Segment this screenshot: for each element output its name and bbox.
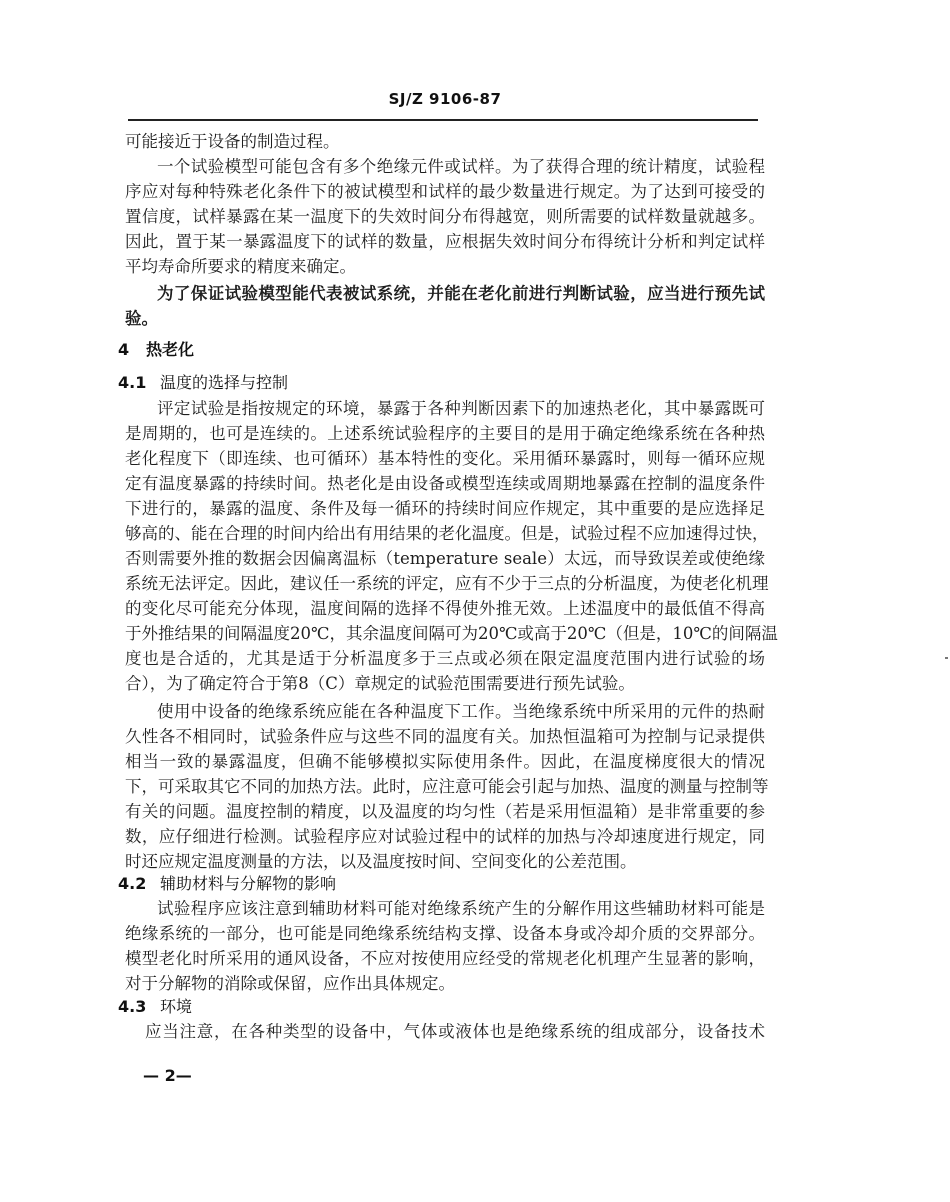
- section-number: 4.1: [118, 373, 160, 393]
- text-line: 可能接近于设备的制造过程。: [125, 132, 765, 152]
- text-line: 是周期的，也可是连续的。上述系统试验程序的主要目的是用于确定绝缘系统在各种热: [125, 424, 765, 444]
- text-line: 绝缘系统的一部分，也可能是同绝缘系统结构支撑、设备本身或冷却介质的交界部分。: [125, 924, 765, 944]
- text-line: 序应对每种特殊老化条件下的被试模型和试样的最少数量进行规定。为了达到可接受的: [125, 182, 765, 202]
- text-line: 平均寿命所要求的精度来确定。: [125, 257, 765, 277]
- text-line: 验。: [125, 309, 765, 329]
- text-line: 否则需要外推的数据会因偏离温标（temperature seale）太远，而导致…: [125, 549, 765, 569]
- text-line: 置信度，试样暴露在某一温度下的失效时间分布得越宽，则所需要的试样数量就越多。: [125, 207, 765, 227]
- text-line: 因此，置于某一暴露温度下的试样的数量，应根据失效时间分布得统计分析和判定试样: [125, 232, 765, 252]
- text-line: 对于分解物的消除或保留，应作出具体规定。: [125, 974, 765, 994]
- text-line: 为了保证试验模型能代表被试系统，并能在老化前进行判断试验，应当进行预先试: [157, 284, 765, 304]
- text-line: 相当一致的暴露温度，但确不能够模拟实际使用条件。因此，在温度梯度很大的情况: [125, 752, 765, 772]
- section-number: 4.2: [118, 874, 160, 894]
- text-line: 下，可采取其它不同的加热方法。此时，应注意可能会引起与加热、温度的测量与控制等: [125, 777, 765, 797]
- text-line: 一个试验模型可能包含有多个绝缘元件或试样。为了获得合理的统计精度，试验程: [157, 157, 765, 177]
- text-line: 定有温度暴露的持续时间。热老化是由设备或模型连续或周期地暴露在控制的温度条件: [125, 474, 765, 494]
- text-line: 数，应仔细进行检测。试验程序应对试验过程中的试样的加热与冷却速度进行规定，同: [125, 827, 765, 847]
- text-line: 久性各不相同时，试验条件应与这些不同的温度有关。加热恒温箱可为控制与记录提供: [125, 727, 765, 747]
- section-heading-4-2: 4.2辅助材料与分解物的影响: [118, 874, 336, 894]
- text-line: 模型老化时所采用的通风设备，不应对按使用应经受的常规老化机理产生显著的影响，: [125, 949, 765, 969]
- text-line: 系统无法评定。因此，建议任一系统的评定，应有不少于三点的分析温度，为使老化机理: [125, 574, 765, 594]
- section-number: 4: [118, 340, 146, 360]
- section-title: 环境: [160, 997, 192, 1016]
- section-title: 温度的选择与控制: [160, 373, 288, 392]
- text-line: 使用中设备的绝缘系统应能在各种温度下工作。当绝缘系统中所采用的元件的热耐: [157, 702, 765, 722]
- scan-speck: [945, 657, 948, 659]
- section-number: 4.3: [118, 997, 160, 1017]
- text-line: 应当注意，在各种类型的设备中，气体或液体也是绝缘系统的组成部分，设备技术: [145, 1022, 765, 1042]
- text-line: 合），为了确定符合于第8（C）章规定的试验范围需要进行预先试验。: [125, 674, 765, 694]
- section-heading-4: 4热老化: [118, 340, 194, 360]
- text-line: 时还应规定温度测量的方法，以及温度按时间、空间变化的公差范围。: [125, 852, 765, 872]
- section-title: 热老化: [146, 340, 194, 359]
- text-line: 有关的问题。温度控制的精度，以及温度的均匀性（若是采用恒温箱）是非常重要的参: [125, 802, 765, 822]
- text-line: 的变化尽可能充分体现，温度间隔的选择不得使外推无效。上述温度中的最低值不得高: [125, 599, 765, 619]
- text-line: 度也是合适的，尤其是适于分析温度多于三点或必须在限定温度范围内进行试验的场: [125, 649, 765, 669]
- section-title: 辅助材料与分解物的影响: [160, 874, 336, 893]
- header-rule: [128, 119, 758, 121]
- text-line: 下进行的，暴露的温度、条件及每一循环的持续时间应作规定，其中重要的是应选择足: [125, 499, 765, 519]
- section-heading-4-1: 4.1温度的选择与控制: [118, 373, 288, 393]
- text-line: 于外推结果的间隔温度20℃，其余温度间隔可为20℃或高于20℃（但是，10℃的间…: [125, 624, 765, 644]
- document-id-header: SJ/Z 9106-87: [0, 90, 890, 108]
- text-line: 评定试验是指按规定的环境，暴露于各种判断因素下的加速热老化，其中暴露既可: [157, 399, 765, 419]
- text-line: 试验程序应该注意到辅助材料可能对绝缘系统产生的分解作用这些辅助材料可能是: [157, 899, 765, 919]
- text-line: 够高的、能在合理的时间内给出有用结果的老化温度。但是，试验过程不应加速得过快，: [125, 524, 765, 544]
- page-number: — 2—: [143, 1066, 192, 1085]
- document-page: SJ/Z 9106-87 可能接近于设备的制造过程。 一个试验模型可能包含有多个…: [0, 0, 950, 1202]
- section-heading-4-3: 4.3环境: [118, 997, 192, 1017]
- text-line: 老化程度下（即连续、也可循环）基本特性的变化。采用循环暴露时，则每一循环应规: [125, 449, 765, 469]
